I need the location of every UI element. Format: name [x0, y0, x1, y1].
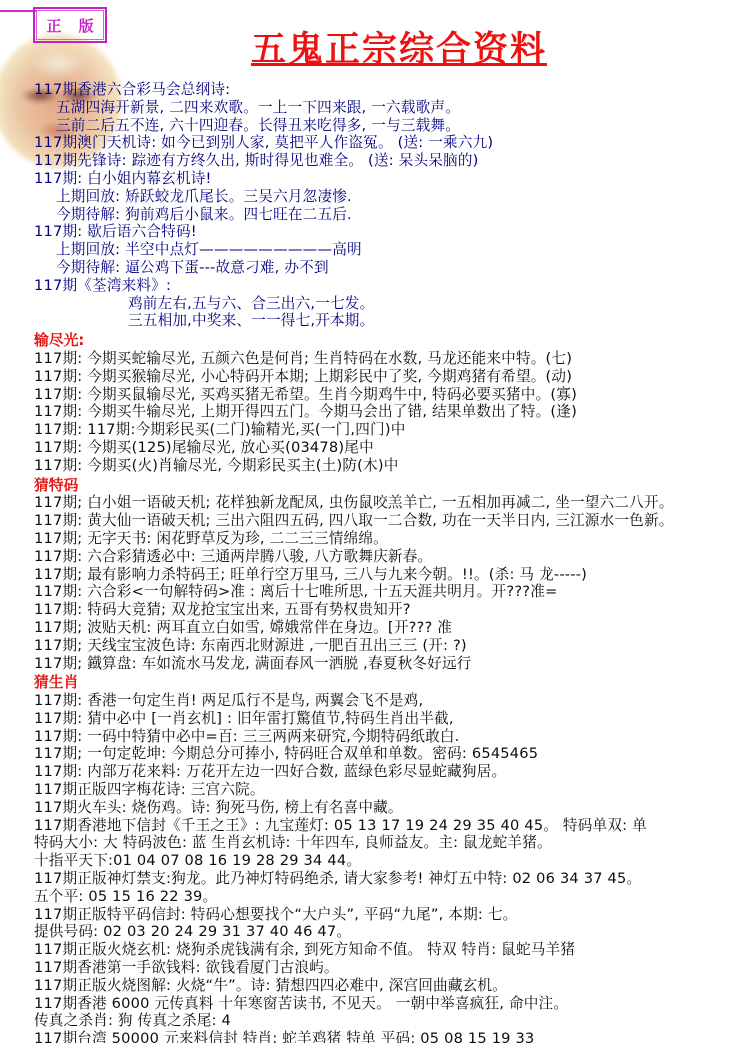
page-title: 五鬼正宗综合资料 [0, 22, 748, 72]
text-line: 117期: 猜中必中 [一肖玄机] : 旧年雷打驚值节,特码生肖出半截, [0, 710, 748, 728]
text-line: 117期香港六合彩马会总纲诗: [0, 81, 748, 99]
text-line: 117期火车头: 烧伤鸡。诗: 狗死马伤, 榜上有名喜中藏。 [0, 799, 748, 817]
text-line: 117期香港 6000 元传真料 十年寒窗苦读书, 不见天。 一朝中举喜疯狂, … [0, 995, 748, 1013]
text-line: 117期: 117期:今期彩民买(二门)输精光,买(一门,四门)中 [0, 421, 748, 439]
text-line: 117期; 波贴天机: 两耳直立白如雪, 嫦娥常伴在身边。[开??? 准 [0, 619, 748, 637]
text-line: 117期: 歇后语六合特码! [0, 223, 748, 241]
text-line: 117期: 今期买(125)尾输尽光, 放心买(03478)尾中 [0, 439, 748, 457]
text-line: 今期待解: 逼公鸡下蛋---故意刁难, 办不到 [0, 259, 748, 277]
text-line: 117期; 天线宝宝波色诗: 东南西北财源进 ,一肥百丑出三三 (开: ?) [0, 637, 748, 655]
text-line: 117期香港地下信封《千王之王》: 九宝莲灯: 05 13 17 19 24 2… [0, 817, 748, 835]
text-line: 117期: 今期买蛇输尽光, 五颜六色是何肖; 生肖特码在水数, 马龙还能来中特… [0, 350, 748, 368]
lottery-tips-sheet: { "page": { "badge_label": "正 版", "title… [0, 0, 748, 1043]
text-line: 上期回放: 矫跃蛟龙爪尾长。三吴六月忽凄惨. [0, 188, 748, 206]
text-line: 117期: 特码大竞猜; 双龙抢宝宝出来, 五哥有势权贵知开? [0, 601, 748, 619]
text-line: 鸡前左右,五与六、合三出六,一七发。 [0, 295, 748, 313]
text-line: 117期正版火烧玄机: 烧狗杀虎钱满有余, 到死方知命不值。 特双 特肖: 鼠蛇… [0, 941, 748, 959]
page-edge-line [0, 10, 36, 12]
text-line: 传真之杀肖: 狗 传真之杀尾: 4 [0, 1012, 748, 1030]
text-line: 117期; 一句定乾坤: 今期总分可捧小, 特码旺合双单和单数。密码: 6545… [0, 745, 748, 763]
text-line: 117期: 香港一句定生肖! 两足瓜行不是鸟, 两翼会飞不是鸡, [0, 692, 748, 710]
text-line: 117期; 鐡算盘: 车如流水马发龙, 满面春风一洒脱 ,春夏秋冬好远行 [0, 655, 748, 673]
text-line: 117期: 今期买(火)肖输尽光, 今期彩民买主(土)防(木)中 [0, 457, 748, 475]
text-line: 117期; 无字天书: 闲花野草反为珍, 二二三三情绵绵。 [0, 530, 748, 548]
text-line: 117期: 白小姐内幕玄机诗! [0, 170, 748, 188]
text-line: 117期澳门天机诗: 如今已到别人家, 莫把平人作盗冤。 (送: 一乘六九) [0, 134, 748, 152]
section-header: 猜生肖 [0, 674, 748, 692]
text-line: 117期: 内部万花来料: 万花开左边一四好合数, 蓝绿色彩尽显蛇藏狗居。 [0, 763, 748, 781]
text-line: 117期: 一码中特猜中必中=百: 三三两两来研究,今期特码纸敢白. [0, 728, 748, 746]
text-line: 117期正版特平码信封: 特码心想要找个“大户头”, 平码“九尾”, 本期: 七… [0, 906, 748, 924]
text-line: 117期: 黄大仙一语破天机; 三出六阻四五码, 四八取一二合数, 功在一天半日… [0, 512, 748, 530]
tips-sections: 输尽光:117期: 今期买蛇输尽光, 五颜六色是何肖; 生肖特码在水数, 马龙还… [0, 332, 748, 1043]
text-line: 117期: 六合彩<一句解特码>准 : 离后十七唯所思, 十五天涯共明月。开??… [0, 583, 748, 601]
document-body: 117期香港六合彩马会总纲诗:五湖四海开新景, 二四来欢歌。一上一下四来跟, 一… [0, 81, 748, 1043]
text-line: 117期先锋诗: 踪迹有方终久出, 斯时得见也难全。 (送: 呆头呆脑的) [0, 152, 748, 170]
text-line: 117期: 今期买鼠输尽光, 买鸡买猪无希望。生肖今期鸡牛中, 特码必要买猪中。… [0, 386, 748, 404]
text-line: 特码大小: 大 特码波色: 蓝 生肖玄机诗: 十年四车, 良师益友。主: 鼠龙蛇… [0, 834, 748, 852]
text-line: 上期回放: 半空中点灯—————————高明 [0, 241, 748, 259]
text-line: 提供号码: 02 03 20 24 29 31 37 40 46 47。 [0, 923, 748, 941]
text-line: 十指平天下:01 04 07 08 16 19 28 29 34 44。 [0, 852, 748, 870]
text-line: 117期《荃湾来料》: [0, 277, 748, 295]
text-line: 117期正版火烧图解: 火烧“牛”。诗: 猜想四四必难中, 深宫回曲藏玄机。 [0, 977, 748, 995]
text-line: 117期: 今期买牛输尽光, 上期开得四五门。今期马会出了错, 结果单数出了特。… [0, 403, 748, 421]
text-line: 117期台湾 50000 元来料信封 特肖: 蛇羊鸡猪 特单 平码: 05 08… [0, 1030, 748, 1043]
text-line: 117期正版四字梅花诗: 三宫六院。 [0, 781, 748, 799]
text-line: 117期正版神灯禁支:狗龙。此乃神灯特码绝杀, 请大家参考! 神灯五中特: 02… [0, 870, 748, 888]
text-line: 117期; 最有影响力杀特码王; 旺单行空万里马, 三八与九来今朝。!!。(杀:… [0, 566, 748, 584]
text-line: 三前二后五不连, 六十四迎春。长得丑来吃得多, 一与三载舞。 [0, 117, 748, 135]
text-line: 五湖四海开新景, 二四来欢歌。一上一下四来跟, 一六载歌声。 [0, 99, 748, 117]
text-line: 117期香港第一手欲钱料: 欲钱看厦门古浪屿。 [0, 959, 748, 977]
text-line: 117期: 今期买猴输尽光, 小心特码开本期; 上期彩民中了奖, 今期鸡猪有希望… [0, 368, 748, 386]
text-line: 今期待解: 狗前鸡后小鼠来。四七旺在二五后. [0, 206, 748, 224]
text-line: 117期; 白小姐一语破天机; 花样独新龙配凤, 虫伤鼠咬羔羊亡, 一五相加再减… [0, 494, 748, 512]
text-line: 117期: 六合彩猜透必中: 三通两岸腾八骏, 八方歌舞庆新春。 [0, 548, 748, 566]
text-line: 五个平: 05 15 16 22 39。 [0, 888, 748, 906]
text-line: 三五相加,中奖来、一一得七,开本期。 [0, 312, 748, 330]
intro-verses: 117期香港六合彩马会总纲诗:五湖四海开新景, 二四来欢歌。一上一下四来跟, 一… [0, 81, 748, 330]
section-header: 猜特码 [0, 477, 748, 495]
section-header: 输尽光: [0, 332, 748, 350]
